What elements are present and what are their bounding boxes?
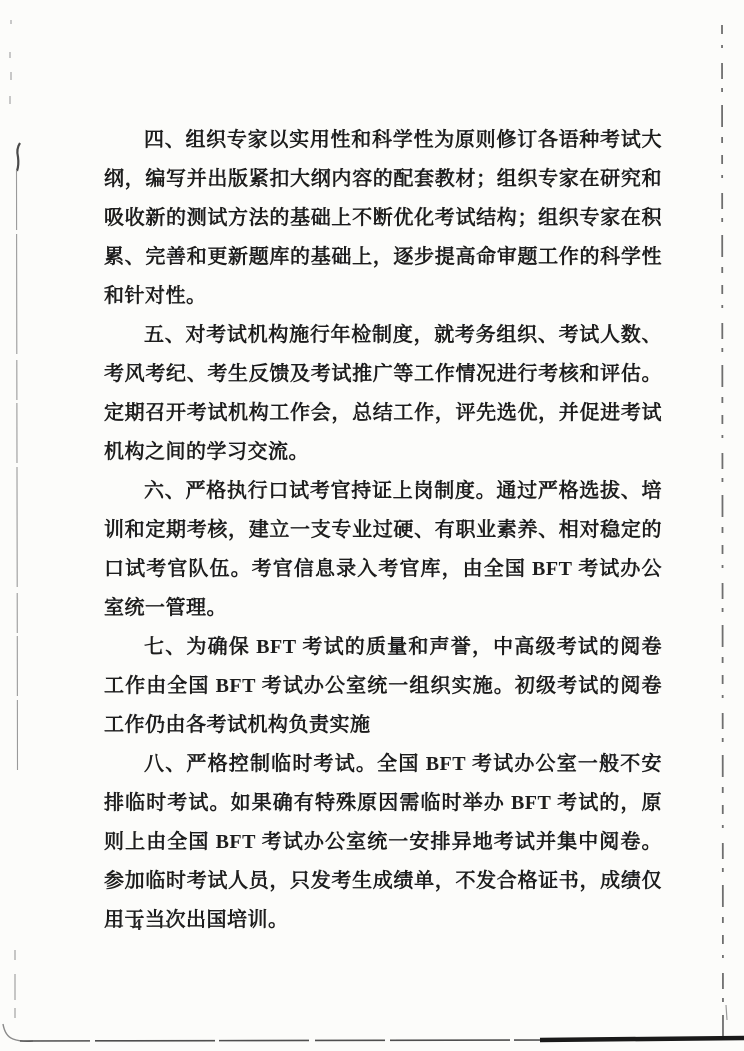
paragraph-item-6: 六、严格执行口试考官持证上岗制度。通过严格选拔、培训和定期考核，建立一支专业过硬… [104,472,662,628]
scan-fold-right-line-icon [722,25,723,1045]
scan-edge-bottom-curl-icon [3,1024,33,1041]
scanned-document-page: 四、组织专家以实用性和科学性为原则修订各语种考试大纲，编写并出版紧扣大纲内容的配… [0,0,744,1051]
scan-edge-bottom-thin-icon [20,1040,560,1041]
page-number: — 4 — [106,915,172,935]
document-body: 四、组织专家以实用性和科学性为原则修订各语种考试大纲，编写并出版紧扣大纲内容的配… [104,121,662,940]
scan-edge-bottom-right-tick-icon [726,1005,727,1020]
paragraph-item-8: 八、严格控制临时考试。全国 BFT 考试办公室一般不安排临时考试。如果确有特殊原… [104,745,662,940]
paragraph-item-5: 五、对考试机构施行年检制度，就考务组织、考试人数、考风考纪、考生反馈及考试推广等… [104,316,662,472]
paragraph-item-4: 四、组织专家以实用性和科学性为原则修订各语种考试大纲，编写并出版紧扣大纲内容的配… [104,121,662,316]
scan-scratch-left-hook-icon [17,143,20,171]
scan-speck-top-left-icon [10,20,11,104]
scan-scratch-left-line-icon [17,170,18,770]
paragraph-item-7: 七、为确保 BFT 考试的质量和声誉，中高级考试的阅卷工作由全国 BFT 考试办… [104,628,662,745]
scan-edge-bottom-thick-icon [540,1038,744,1040]
